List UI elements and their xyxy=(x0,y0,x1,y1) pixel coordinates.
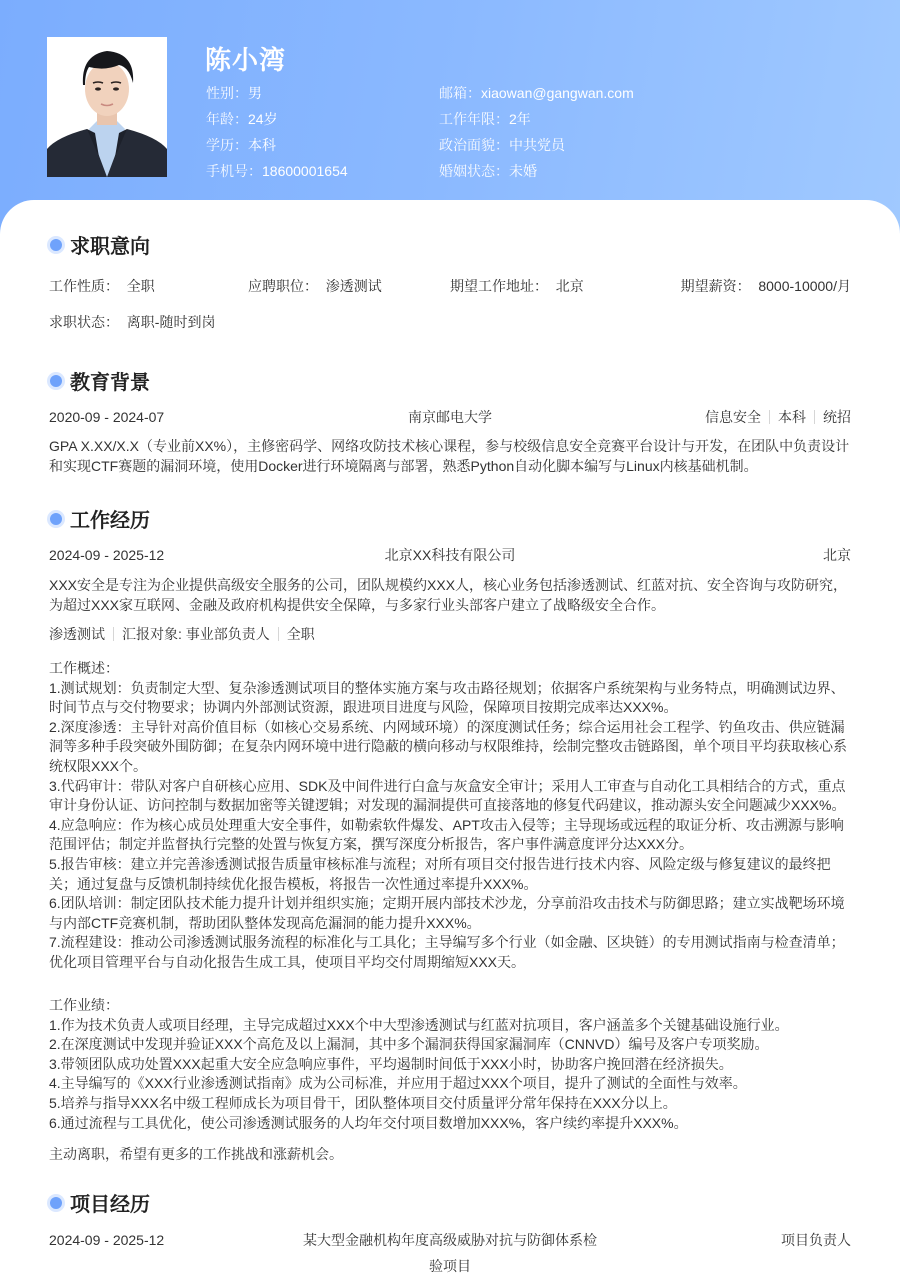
field-label: 期望工作地址： xyxy=(450,278,548,294)
tag-separator xyxy=(814,410,815,424)
job-intention-row-1: 工作性质： 全职 应聘职位： 渗透测试 期望工作地址： 北京 期望薪资： 800… xyxy=(49,276,851,296)
info-label: 学历： xyxy=(206,137,248,153)
achievement-item: 5.培养与指导XXX名中级工程师成长为项目骨干，团队整体项目交付质量评分常年保持… xyxy=(49,1094,851,1114)
expected-location: 期望工作地址： 北京 xyxy=(450,276,584,296)
overview-item: 4.应急响应：作为核心成员处理重大安全事件，如勒索软件爆发、APT攻击入侵等；主… xyxy=(49,816,851,855)
info-value: 本科 xyxy=(248,137,276,153)
bullet-dot-icon xyxy=(50,239,62,251)
basic-info-left: 性别：男 年龄：24岁 学历：本科 手机号：18600001654 xyxy=(206,83,348,187)
section-title-work: 工作经历 xyxy=(48,504,150,533)
field-value: 全职 xyxy=(127,278,155,294)
section-heading: 工作经历 xyxy=(70,504,150,533)
bullet-dot-icon xyxy=(50,375,62,387)
section-heading: 求职意向 xyxy=(70,230,150,259)
company-name: 北京XX科技有限公司 xyxy=(49,545,851,565)
info-value: 男 xyxy=(248,85,262,101)
work-tags: 渗透测试汇报对象: 事业部负责人全职 xyxy=(49,624,851,644)
tag-role: 渗透测试 xyxy=(49,626,105,642)
field-label: 求职状态： xyxy=(49,314,119,330)
avatar-photo xyxy=(47,37,167,177)
project-period: 2024-09 - 2025-12 xyxy=(49,1230,164,1250)
info-value[interactable]: xiaowan@gangwan.com xyxy=(481,85,634,101)
work-overview: 工作概述： 1.测试规划：负责制定大型、复杂渗透测试项目的整体实施方案与攻击路径… xyxy=(49,659,851,973)
education-description: GPA X.XX/X.X（专业前XX%），主修密码学、网络攻防技术核心课程，参与… xyxy=(49,437,851,476)
info-label: 政治面貌： xyxy=(439,137,509,153)
overview-item: 7.流程建设：推动公司渗透测试服务流程的标准化与工具化；主导编写多个行业（如金融… xyxy=(49,933,851,972)
section-heading: 教育背景 xyxy=(70,366,150,395)
candidate-name: 陈小湾 xyxy=(205,40,286,77)
overview-item: 6.团队培训：制定团队技术能力提升计划并组织实施；定期开展内部技术沙龙，分享前沿… xyxy=(49,894,851,933)
info-value: 2年 xyxy=(509,111,531,127)
project-name: 某大型金融机构年度高级威胁对抗与防御体系检验项目 xyxy=(299,1227,601,1275)
field-label: 期望薪资： xyxy=(681,278,751,294)
field-label: 工作性质： xyxy=(49,278,119,294)
info-degree: 学历：本科 xyxy=(206,135,348,161)
section-title-education: 教育背景 xyxy=(48,366,150,395)
overview-heading: 工作概述： xyxy=(49,659,851,679)
section-title-job-intention: 求职意向 xyxy=(48,230,150,259)
info-email: 邮箱：xiaowan@gangwan.com xyxy=(439,83,634,109)
bullet-dot-icon xyxy=(50,513,62,525)
work-achievements: 工作业绩： 1.作为技术负责人或项目经理，主导完成超过XXX个中大型渗透测试与红… xyxy=(49,996,851,1133)
leave-reason: 主动离职，希望有更多的工作挑战和涨薪机会。 xyxy=(49,1145,851,1165)
achievement-item: 4.主导编写的《XXX行业渗透测试指南》成为公司标准，并应用于超过XXX个项目，… xyxy=(49,1074,851,1094)
info-label: 性别： xyxy=(206,85,248,101)
field-value: 离职-随时到岗 xyxy=(127,314,216,330)
info-phone: 手机号：18600001654 xyxy=(206,161,348,187)
tag-separator xyxy=(769,410,770,424)
info-political-status: 政治面貌：中共党员 xyxy=(439,135,634,161)
overview-item: 2.深度渗透：主导针对高价值目标（如核心交易系统、内网域环境）的深度测试任务；综… xyxy=(49,718,851,777)
overview-item: 3.代码审计：带队对客户自研核心应用、SDK及中间件进行白盒与灰盒安全审计；采用… xyxy=(49,777,851,816)
achievement-item: 2.在深度测试中发现并验证XXX个高危及以上漏洞，其中多个漏洞获得国家漏洞库（C… xyxy=(49,1035,851,1055)
education-entry-header: 2020-09 - 2024-07 南京邮电大学 信息安全本科统招 xyxy=(49,407,851,427)
info-value: 中共党员 xyxy=(509,137,565,153)
field-value: 北京 xyxy=(556,278,584,294)
overview-item: 5.报告审核：建立并完善渗透测试报告质量审核标准与流程；对所有项目交付报告进行技… xyxy=(49,855,851,894)
bullet-dot-icon xyxy=(50,1197,62,1209)
achievement-item: 1.作为技术负责人或项目经理，主导完成超过XXX个中大型渗透测试与红蓝对抗项目，… xyxy=(49,1016,851,1036)
job-type: 工作性质： 全职 xyxy=(49,276,155,296)
tag-enrollment: 统招 xyxy=(823,409,851,425)
section-heading: 项目经历 xyxy=(70,1188,150,1217)
tag-report-to: 汇报对象: 事业部负责人 xyxy=(122,626,270,642)
tag-major: 信息安全 xyxy=(705,409,761,425)
overview-item: 1.测试规划：负责制定大型、复杂渗透测试项目的整体实施方案与攻击路径规划；依据客… xyxy=(49,679,851,718)
field-label: 应聘职位： xyxy=(248,278,318,294)
portrait-icon xyxy=(47,37,167,177)
section-title-projects: 项目经历 xyxy=(48,1188,150,1217)
job-status: 求职状态： 离职-随时到岗 xyxy=(49,312,215,332)
applied-position: 应聘职位： 渗透测试 xyxy=(248,276,382,296)
project-role: 项目负责人 xyxy=(781,1230,851,1250)
info-work-years: 工作年限：2年 xyxy=(439,109,634,135)
info-gender: 性别：男 xyxy=(206,83,348,109)
project-entry-header: 2024-09 - 2025-12 某大型金融机构年度高级威胁对抗与防御体系检验… xyxy=(49,1230,851,1274)
info-label: 邮箱： xyxy=(439,85,481,101)
info-age: 年龄：24岁 xyxy=(206,109,348,135)
info-value[interactable]: 18600001654 xyxy=(262,163,348,179)
expected-salary: 期望薪资： 8000-10000/月 xyxy=(681,276,851,296)
info-label: 工作年限： xyxy=(439,111,509,127)
info-value: 24岁 xyxy=(248,111,278,127)
tag-employment-type: 全职 xyxy=(287,626,315,642)
info-label: 年龄： xyxy=(206,111,248,127)
achievement-item: 6.通过流程与工具优化，使公司渗透测试服务的人均年交付项目数增加XXX%，客户续… xyxy=(49,1114,851,1134)
company-intro: XXX安全是专注为企业提供高级安全服务的公司，团队规模约XXX人，核心业务包括渗… xyxy=(49,576,851,615)
field-value: 渗透测试 xyxy=(326,278,382,294)
info-label: 手机号： xyxy=(206,163,262,179)
field-value: 8000-10000/月 xyxy=(758,278,851,294)
info-value: 未婚 xyxy=(509,163,537,179)
education-tags: 信息安全本科统招 xyxy=(705,407,851,427)
job-intention-row-2: 求职状态： 离职-随时到岗 xyxy=(49,312,851,332)
info-label: 婚姻状态： xyxy=(439,163,509,179)
info-marital-status: 婚姻状态：未婚 xyxy=(439,161,634,187)
tag-degree: 本科 xyxy=(778,409,806,425)
work-entry-header: 2024-09 - 2025-12 北京XX科技有限公司 北京 xyxy=(49,545,851,565)
basic-info-right: 邮箱：xiaowan@gangwan.com 工作年限：2年 政治面貌：中共党员… xyxy=(439,83,634,187)
work-city: 北京 xyxy=(823,545,851,565)
tag-separator xyxy=(113,627,114,641)
achievement-item: 3.带领团队成功处置XXX起重大安全应急响应事件，平均遏制时间低于XXX小时，协… xyxy=(49,1055,851,1075)
achievements-heading: 工作业绩： xyxy=(49,996,851,1016)
tag-separator xyxy=(278,627,279,641)
